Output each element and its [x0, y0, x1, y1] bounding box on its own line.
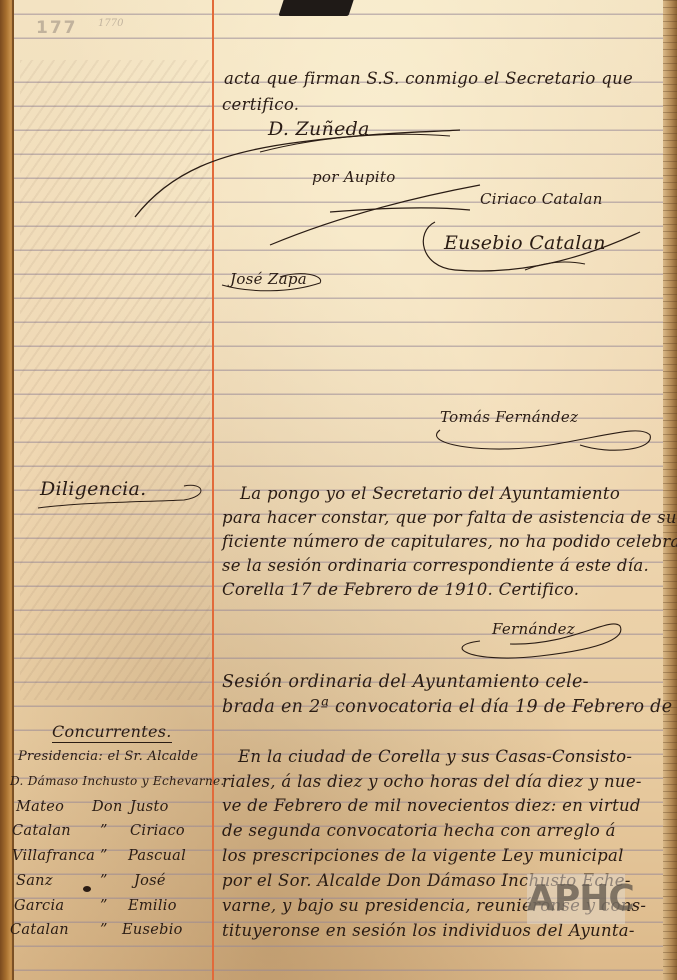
- signature-fernandez: Fernández: [492, 620, 575, 638]
- ledger-page: 177 1770 acta que firman S.S. conmigo el…: [0, 0, 677, 980]
- attendee-name: Emilio: [128, 898, 177, 914]
- attendee-surname: Villafranca: [12, 848, 95, 864]
- folio-note: 1770: [98, 18, 123, 29]
- margin-heading-diligencia: Diligencia.: [40, 478, 147, 500]
- attendee-particle: ”: [100, 898, 108, 914]
- diligencia-line-1: La pongo yo el Secretario del Ayuntamien…: [240, 484, 620, 503]
- attendee-particle: ”: [100, 823, 108, 839]
- attendees-heading: Concurrentes.: [52, 722, 172, 743]
- attendee-surname: Garcia: [14, 898, 64, 914]
- signature-por-aupito: por Aupito: [312, 168, 396, 186]
- attendee-surname: Mateo: [16, 799, 64, 815]
- diligencia-line-3: ficiente número de capitulares, no ha po…: [222, 532, 677, 551]
- closing-line-2: certifico.: [222, 95, 299, 114]
- session-body-line-4: de segunda convocatoria hecha con arregl…: [222, 821, 616, 840]
- attendee-surname: Sanz: [16, 873, 53, 889]
- folio-number: 177: [36, 18, 78, 38]
- session-body-line-2: riales, á las diez y ocho horas del día …: [222, 772, 642, 791]
- attendee-particle: Don: [92, 799, 123, 815]
- diligencia-line-5: Corella 17 de Febrero de 1910. Certifico…: [222, 580, 579, 599]
- red-margin-rule: [212, 0, 214, 980]
- attendee-surname: Catalan: [12, 823, 71, 839]
- ink-blot: [83, 886, 91, 892]
- signature-ciriaco-catalan: Ciriaco Catalan: [480, 190, 603, 208]
- session-body-line-3: ve de Febrero de mil novecientos diez: e…: [222, 796, 641, 815]
- session-heading-line-2: brada en 2ª convocatoria el día 19 de Fe…: [222, 697, 677, 717]
- attendee-particle: ”: [100, 848, 108, 864]
- signature-zuneda: D. Zuñeda: [268, 118, 370, 140]
- watermark-logo: APHC: [527, 874, 625, 924]
- show-through-ink: [20, 60, 210, 700]
- diligencia-line-2: para hacer constar, que por falta de asi…: [222, 508, 677, 527]
- attendees-presidency-line-2: D. Dámaso Inchusto y Echevarne.: [10, 774, 225, 788]
- closing-line-1: acta que firman S.S. conmigo el Secretar…: [224, 69, 633, 88]
- attendee-name: Justo: [130, 799, 169, 815]
- diligencia-line-4: se la sesión ordinaria correspondiente á…: [222, 556, 649, 575]
- attendee-name: Eusebio: [122, 922, 183, 938]
- signature-tomas-fernandez: Tomás Fernández: [440, 408, 578, 426]
- signature-jose-zapa: José Zapa: [230, 270, 307, 288]
- attendee-name: Pascual: [128, 848, 186, 864]
- attendee-name: Ciriaco: [130, 823, 185, 839]
- attendees-presidency-line-1: Presidencia: el Sr. Alcalde: [18, 749, 198, 764]
- attendee-name: José: [134, 873, 166, 889]
- session-body-line-5: los prescripciones de la vigente Ley mun…: [222, 846, 624, 865]
- attendee-surname: Catalan: [10, 922, 69, 938]
- attendee-particle: ”: [100, 922, 108, 938]
- session-body-line-1: En la ciudad de Corella y sus Casas-Cons…: [238, 747, 632, 766]
- session-heading-line-1: Sesión ordinaria del Ayuntamiento cele-: [222, 672, 589, 692]
- page-stack-edge: [663, 0, 677, 980]
- signature-eusebio-catalan: Eusebio Catalan: [444, 232, 606, 254]
- attendee-particle: ”: [100, 873, 108, 889]
- dark-object-top: [278, 0, 355, 16]
